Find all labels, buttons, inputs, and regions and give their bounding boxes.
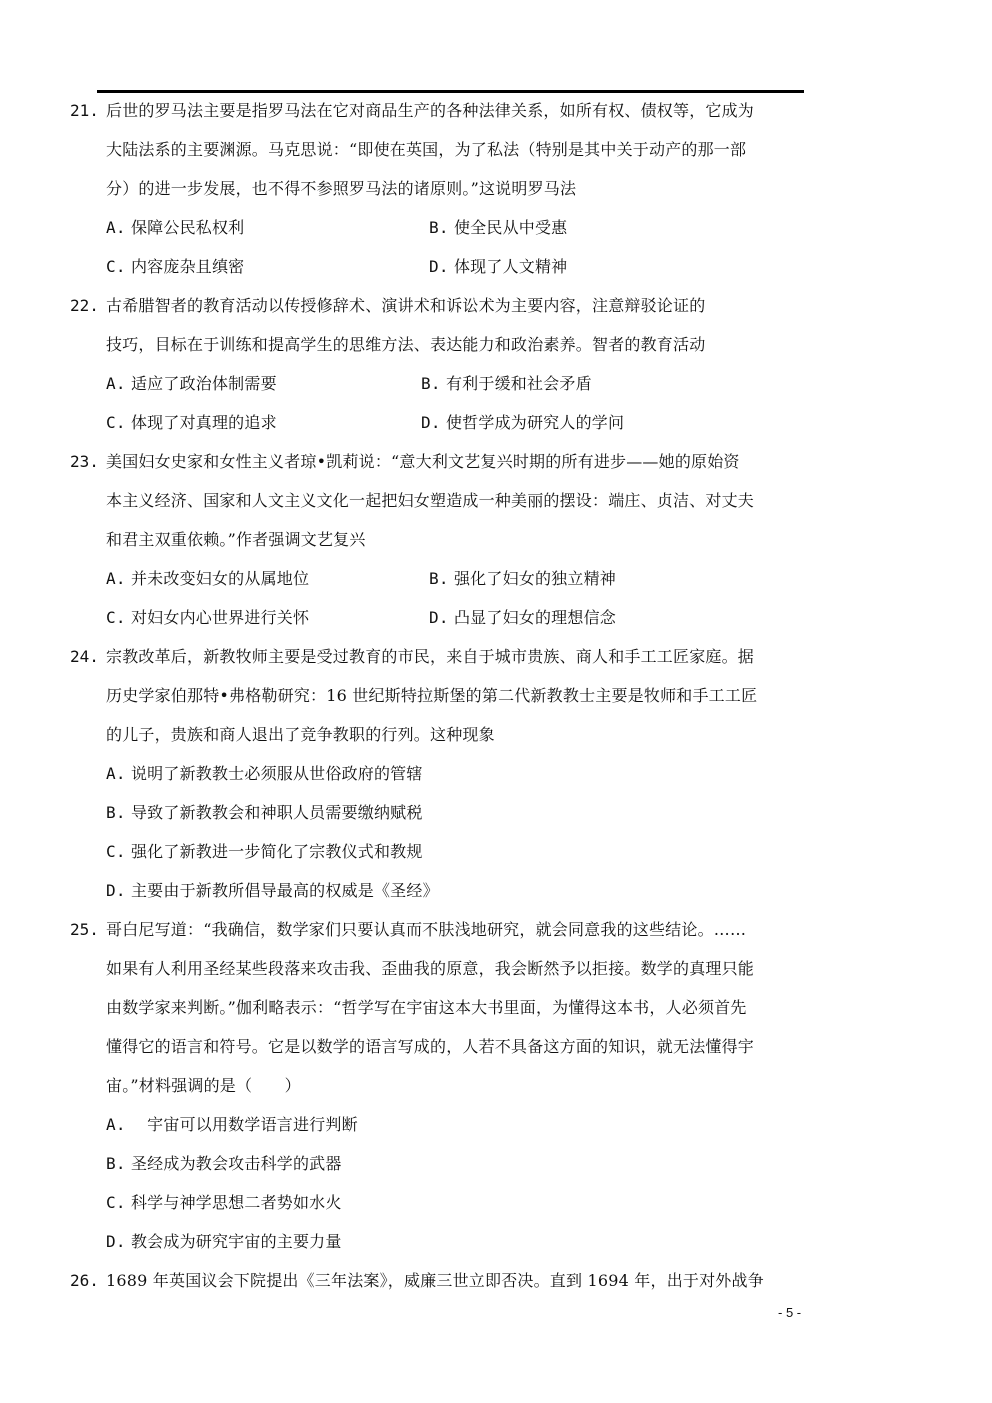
option-label: A. bbox=[106, 569, 126, 588]
option-text: 圣经成为教会攻击科学的武器 bbox=[131, 1154, 342, 1173]
option-b[interactable]: B. 圣经成为教会攻击科学的武器 bbox=[106, 1154, 342, 1174]
option-label: A. bbox=[106, 374, 126, 393]
question-stem-line: 美国妇女史家和女性主义者琼•凯莉说：“意大利文艺复兴时期的所有进步——她的原始资 bbox=[106, 452, 740, 472]
option-text: 宇宙可以用数学语言进行判断 bbox=[131, 1115, 358, 1134]
option-b[interactable]: B. 使全民从中受惠 bbox=[429, 218, 567, 238]
option-a[interactable]: A. 宇宙可以用数学语言进行判断 bbox=[106, 1115, 358, 1135]
option-text: 导致了新教教会和神职人员需要缴纳赋税 bbox=[131, 803, 423, 822]
question-stem-line: 大陆法系的主要渊源。马克思说：“即使在英国，为了私法（特别是其中关于动产的那一部 bbox=[106, 140, 746, 160]
option-b[interactable]: B. 有利于缓和社会矛盾 bbox=[421, 374, 592, 394]
question-number: 22. bbox=[70, 296, 99, 316]
question-number: 24. bbox=[70, 647, 99, 667]
question-stem-line: 懂得它的语言和符号。它是以数学的语言写成的，人若不具备这方面的知识，就无法懂得宇 bbox=[106, 1037, 754, 1057]
question-stem-line: 后世的罗马法主要是指罗马法在它对商品生产的各种法律关系，如所有权、债权等，它成为 bbox=[106, 101, 754, 121]
option-label: B. bbox=[421, 374, 441, 393]
question-stem-line: 分）的进一步发展，也不得不参照罗马法的诸原则。”这说明罗马法 bbox=[106, 179, 576, 199]
option-label: C. bbox=[106, 842, 126, 861]
option-b[interactable]: B. 强化了妇女的独立精神 bbox=[429, 569, 616, 589]
option-label: D. bbox=[106, 881, 126, 900]
option-text: 凸显了妇女的理想信念 bbox=[454, 608, 616, 627]
option-text: 有利于缓和社会矛盾 bbox=[446, 374, 592, 393]
option-text: 保障公民私权利 bbox=[131, 218, 244, 237]
header-rule bbox=[97, 90, 804, 93]
question-stem-line: 宙。”材料强调的是（ ） bbox=[106, 1076, 301, 1096]
option-text: 对妇女内心世界进行关怀 bbox=[131, 608, 309, 627]
option-label: A. bbox=[106, 1115, 126, 1134]
option-text: 内容庞杂且缜密 bbox=[131, 257, 244, 276]
option-c[interactable]: C. 对妇女内心世界进行关怀 bbox=[106, 608, 309, 628]
option-d[interactable]: D. 主要由于新教所倡导最高的权威是《圣经》 bbox=[106, 881, 439, 901]
option-d[interactable]: D. 教会成为研究宇宙的主要力量 bbox=[106, 1232, 342, 1252]
option-label: C. bbox=[106, 257, 126, 276]
option-d[interactable]: D. 凸显了妇女的理想信念 bbox=[429, 608, 616, 628]
option-text: 体现了人文精神 bbox=[454, 257, 567, 276]
page-number: - 5 - bbox=[778, 1305, 801, 1320]
question-stem-line: 宗教改革后，新教牧师主要是受过教育的市民，来自于城市贵族、商人和手工工匠家庭。据 bbox=[106, 647, 754, 667]
option-a[interactable]: A. 并未改变妇女的从属地位 bbox=[106, 569, 309, 589]
option-text: 使全民从中受惠 bbox=[454, 218, 567, 237]
option-text: 体现了对真理的追求 bbox=[131, 413, 277, 432]
option-a[interactable]: A. 适应了政治体制需要 bbox=[106, 374, 277, 394]
question-stem-line: 古希腊智者的教育活动以传授修辞术、演讲术和诉讼术为主要内容，注意辩驳论证的 bbox=[106, 296, 705, 316]
option-a[interactable]: A. 说明了新教教士必须服从世俗政府的管辖 bbox=[106, 764, 423, 784]
option-label: B. bbox=[106, 1154, 126, 1173]
question-stem-line: 的儿子，贵族和商人退出了竞争教职的行列。这种现象 bbox=[106, 725, 495, 745]
question-number: 21. bbox=[70, 101, 99, 121]
option-c[interactable]: C. 体现了对真理的追求 bbox=[106, 413, 277, 433]
option-label: C. bbox=[106, 413, 126, 432]
option-text: 强化了妇女的独立精神 bbox=[454, 569, 616, 588]
option-c[interactable]: C. 科学与神学思想二者势如水火 bbox=[106, 1193, 342, 1213]
option-text: 教会成为研究宇宙的主要力量 bbox=[131, 1232, 342, 1251]
option-text: 主要由于新教所倡导最高的权威是《圣经》 bbox=[131, 881, 439, 900]
option-text: 使哲学成为研究人的学问 bbox=[446, 413, 624, 432]
question-stem-line: 1689 年英国议会下院提出《三年法案》，威廉三世立即否决。直到 1694 年，… bbox=[106, 1271, 764, 1291]
option-label: C. bbox=[106, 1193, 126, 1212]
option-b[interactable]: B. 导致了新教教会和神职人员需要缴纳赋税 bbox=[106, 803, 423, 823]
question-stem-line: 技巧，目标在于训练和提高学生的思维方法、表达能力和政治素养。智者的教育活动 bbox=[106, 335, 705, 355]
option-text: 说明了新教教士必须服从世俗政府的管辖 bbox=[131, 764, 423, 783]
option-a[interactable]: A. 保障公民私权利 bbox=[106, 218, 244, 238]
question-stem-line: 如果有人利用圣经某些段落来攻击我、歪曲我的原意，我会断然予以拒接。数学的真理只能 bbox=[106, 959, 754, 979]
question-stem-line: 本主义经济、国家和人文主义文化一起把妇女塑造成一种美丽的摆设：端庄、贞洁、对丈夫 bbox=[106, 491, 754, 511]
question-number: 23. bbox=[70, 452, 99, 472]
option-d[interactable]: D. 使哲学成为研究人的学问 bbox=[421, 413, 624, 433]
question-number: 26. bbox=[70, 1271, 99, 1291]
option-label: D. bbox=[106, 1232, 126, 1251]
option-label: D. bbox=[429, 257, 449, 276]
question-stem-line: 历史学家伯那特•弗格勒研究：16 世纪斯特拉斯堡的第二代新教教士主要是牧师和手工… bbox=[106, 686, 757, 706]
option-text: 适应了政治体制需要 bbox=[131, 374, 277, 393]
option-text: 强化了新教进一步简化了宗教仪式和教规 bbox=[131, 842, 423, 861]
option-text: 并未改变妇女的从属地位 bbox=[131, 569, 309, 588]
option-label: B. bbox=[106, 803, 126, 822]
option-label: C. bbox=[106, 608, 126, 627]
question-stem-line: 哥白尼写道：“我确信，数学家们只要认真而不肤浅地研究，就会同意我的这些结论。…… bbox=[106, 920, 746, 940]
option-label: D. bbox=[421, 413, 441, 432]
question-stem-line: 由数学家来判断。”伽利略表示：“哲学写在宇宙这本大书里面，为懂得这本书，人必须首… bbox=[106, 998, 747, 1018]
option-label: A. bbox=[106, 218, 126, 237]
option-c[interactable]: C. 内容庞杂且缜密 bbox=[106, 257, 244, 277]
option-c[interactable]: C. 强化了新教进一步简化了宗教仪式和教规 bbox=[106, 842, 423, 862]
option-label: B. bbox=[429, 218, 449, 237]
question-number: 25. bbox=[70, 920, 99, 940]
option-text: 科学与神学思想二者势如水火 bbox=[131, 1193, 342, 1212]
option-d[interactable]: D. 体现了人文精神 bbox=[429, 257, 567, 277]
question-stem-line: 和君主双重依赖。”作者强调文艺复兴 bbox=[106, 530, 366, 550]
option-label: D. bbox=[429, 608, 449, 627]
option-label: B. bbox=[429, 569, 449, 588]
option-label: A. bbox=[106, 764, 126, 783]
